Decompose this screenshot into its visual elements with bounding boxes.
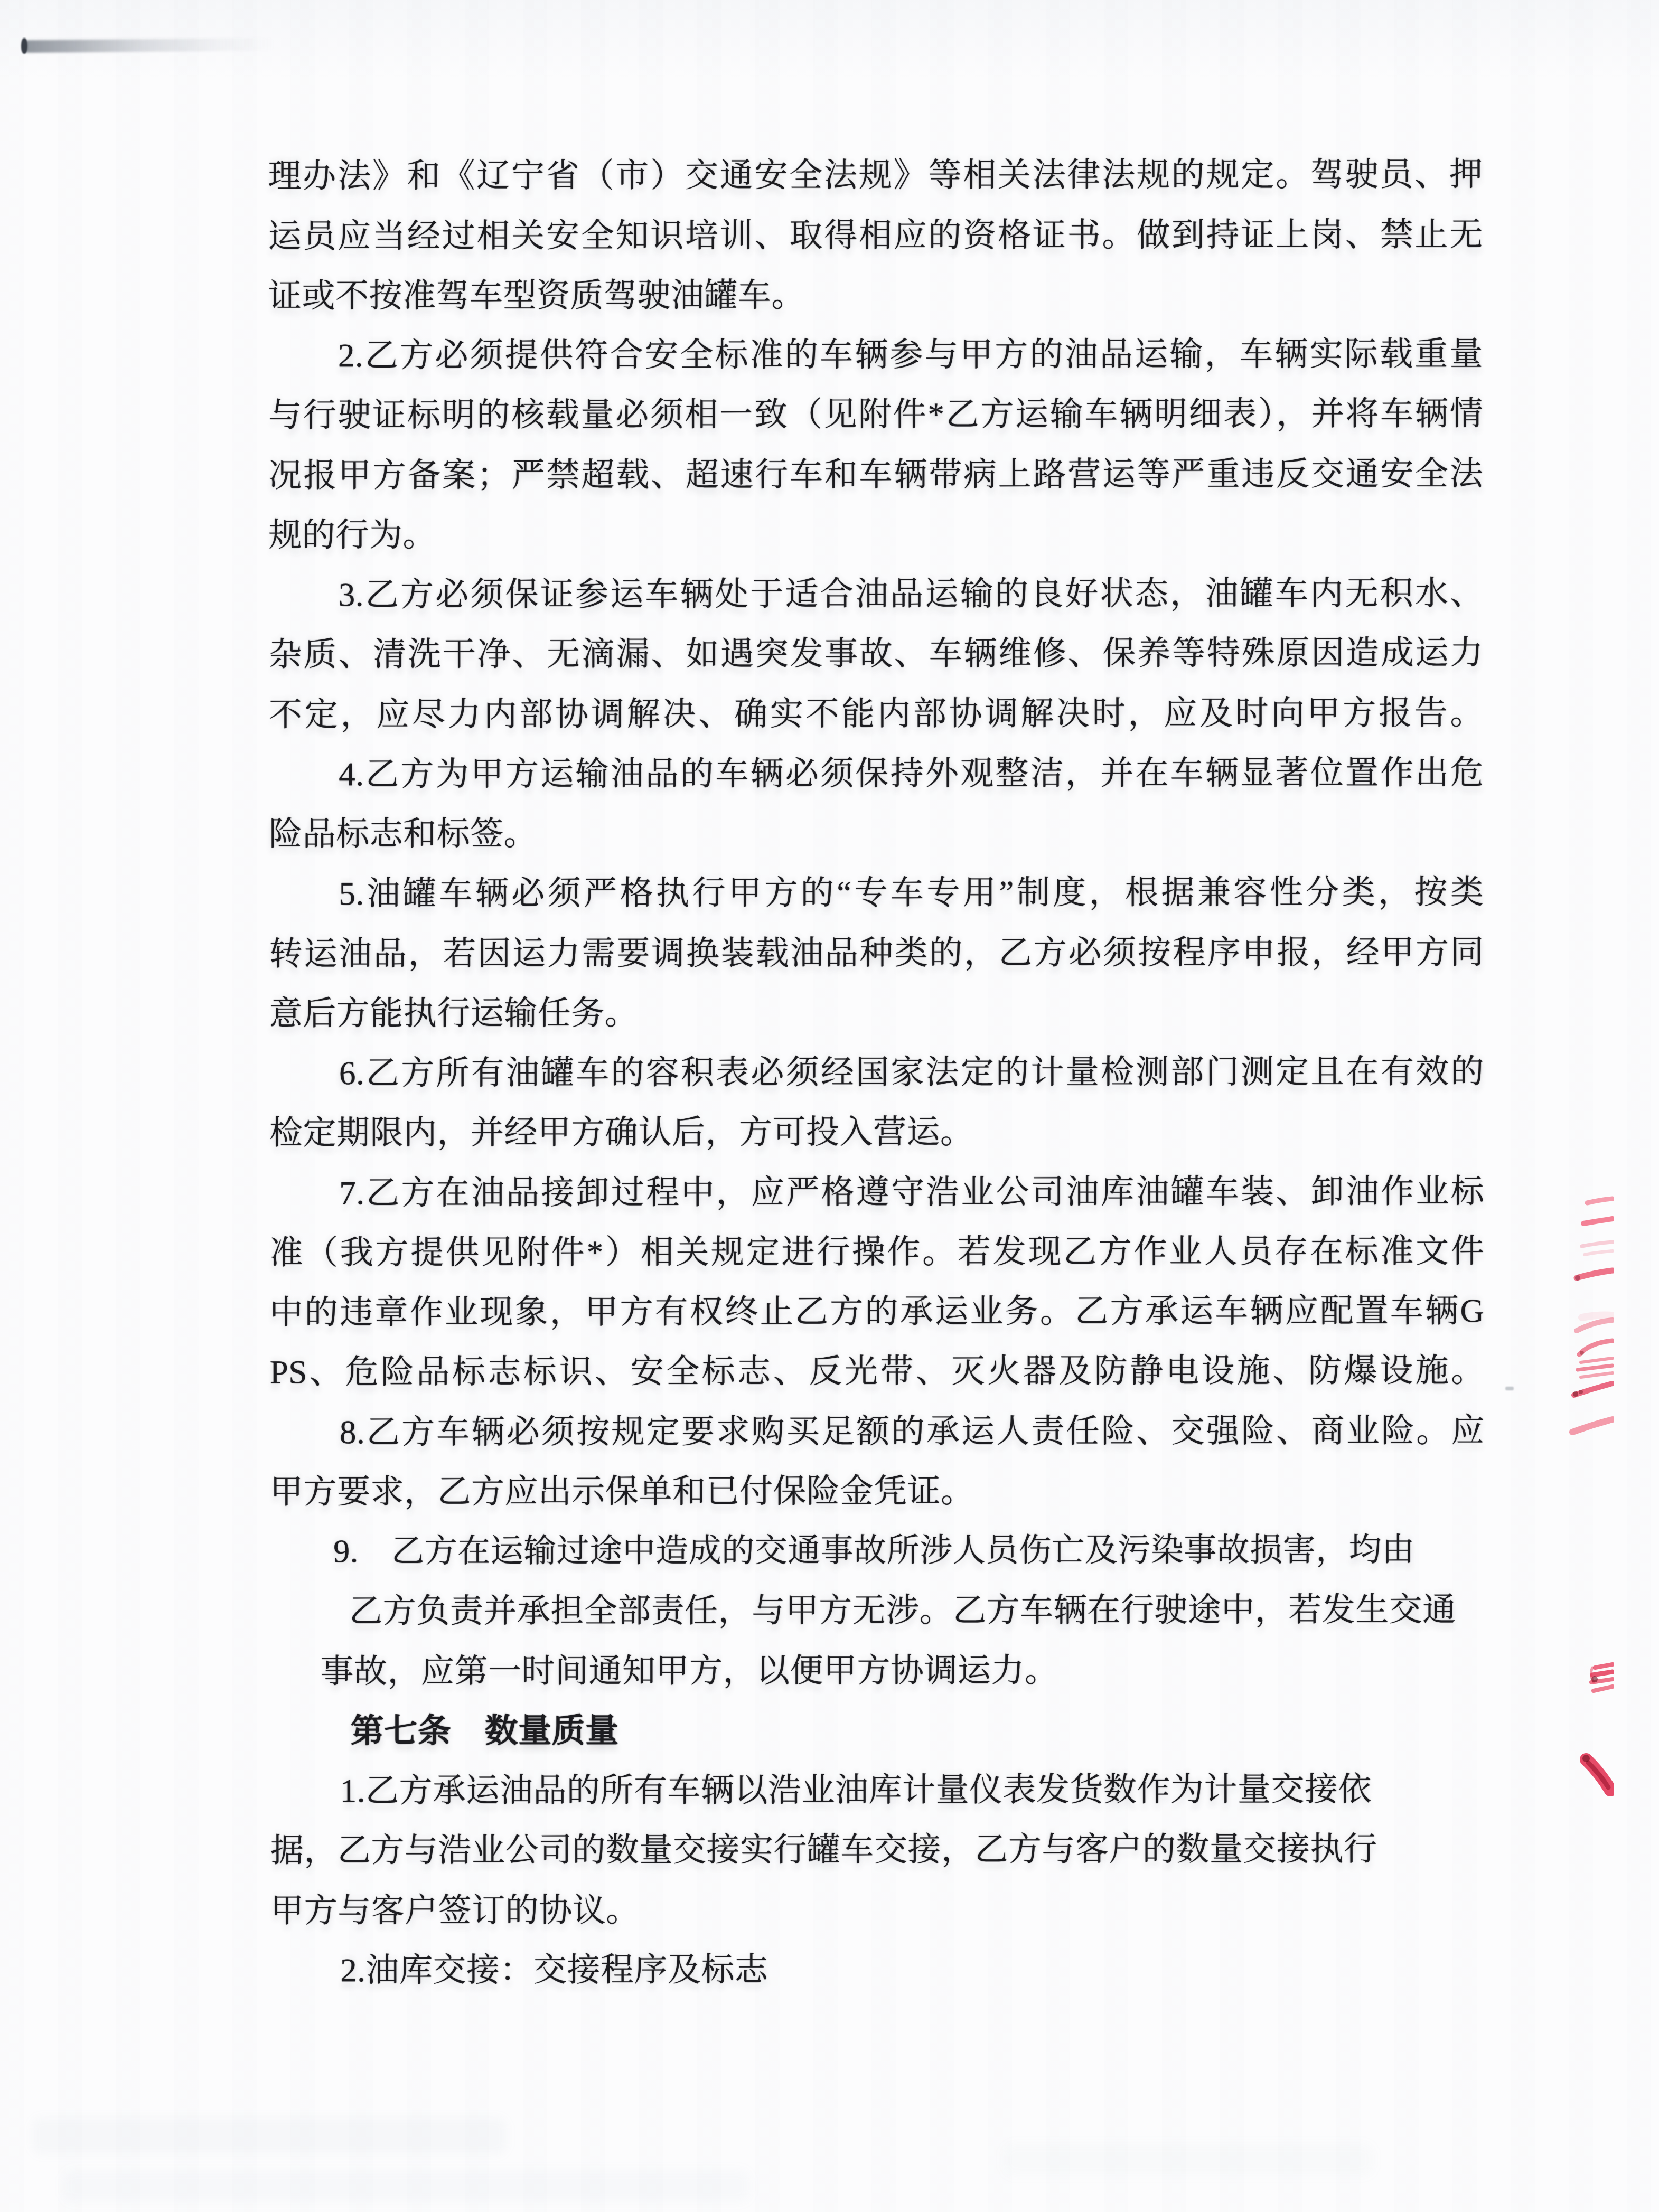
text-line: 1.乙方承运油品的所有车辆以浩业油库计量仪表发货数作为计量交接依 [270,1759,1485,1821]
text-line: 乙方负责并承担全部责任，与甲方无涉。乙方车辆在行驶途中，若发生交通 [270,1580,1485,1641]
text-line: 证或不按准驾车型资质驾驶油罐车。 [268,265,1483,326]
text-line: 6.乙方所有油罐车的容积表必须经国家法定的计量检测部门测定且在有效的 [269,1042,1484,1103]
text-line: 中的违章作业现象，甲方有权终止乙方的承运业务。乙方承运车辆应配置车辆G [269,1281,1484,1342]
text-line: 运员应当经过相关安全知识培训、取得相应的资格证书。做到持证上岗、禁止无 [268,205,1483,266]
red-pen-marks [1550,1151,1614,1890]
text-line: 规的行为。 [268,504,1483,565]
text-line: 3.乙方必须保证参运车辆处于适合油品运输的良好状态，油罐车内无积水、 [269,563,1484,625]
text-line: 8.乙方车辆必须按规定要求购买足额的承运人责任险、交强险、商业险。应 [270,1401,1485,1462]
text-line: 5.油罐车辆必须严格执行甲方的“专车专用”制度，根据兼容性分类，按类 [269,862,1484,924]
text-line: 不定，应尽力内部协调解决、确实不能内部协调解决时，应及时向甲方报告。 [269,683,1484,745]
text-line: 2.乙方必须提供符合安全标准的车辆参与甲方的油品运输，车辆实际载重量 [268,324,1483,385]
document-text: 理办法》和《辽宁省（市）交通安全法规》等相关法律法规的规定。驾驶员、押 运员应当… [0,0,1659,2212]
text-line: 意后方能执行运输任务。 [269,982,1484,1043]
text-line: 理办法》和《辽宁省（市）交通安全法规》等相关法律法规的规定。驾驶员、押 [268,145,1483,206]
text-line: 转运油品，若因运力需要调换装载油品种类的，乙方必须按程序申报，经甲方同 [269,923,1484,984]
text-line: PS、危险品标志标识、安全标志、反光带、灭火器及防静电设施、防爆设施。 [270,1341,1485,1402]
text-line: 甲方与客户签订的协议。 [270,1879,1485,1941]
text-line: 险品标志和标签。 [269,803,1484,864]
section-heading: 第七条 数量质量 [270,1700,1485,1761]
text-line: 4.乙方为甲方运输油品的车辆必须保持外观整洁，并在车辆显著位置作出危 [269,743,1484,804]
text-line: 准（我方提供见附件*）相关规定进行操作。若发现乙方作业人员存在标准文件 [269,1221,1484,1283]
text-line: 检定期限内，并经甲方确认后，方可投入营运。 [269,1102,1484,1163]
scanned-document-page: 理办法》和《辽宁省（市）交通安全法规》等相关法律法规的规定。驾驶员、押 运员应当… [0,0,1659,2212]
text-line: 据，乙方与浩业公司的数量交接实行罐车交接，乙方与客户的数量交接执行 [270,1819,1485,1880]
text-line: 况报甲方备案；严禁超载、超速行车和车辆带病上路营运等严重违反交通安全法 [268,444,1483,505]
text-line: 7.乙方在油品接卸过程中，应严格遵守浩业公司油库油罐车装、卸油作业标 [269,1162,1484,1223]
text-line: 杂质、清洗干净、无滴漏、如遇突发事故、车辆维修、保养等特殊原因造成运力 [269,623,1484,684]
text-line: 甲方要求，乙方应出示保单和已付保险金凭证。 [270,1461,1485,1522]
text-line: 9. 乙方在运输过途中造成的交通事故所涉人员伤亡及污染事故损害，均由 [270,1520,1485,1582]
text-line: 2.油库交接：交接程序及标志 [270,1939,1485,2000]
text-line: 事故，应第一时间通知甲方，以便甲方协调运力。 [270,1640,1485,1701]
text-line: 与行驶证标明的核载量必须相一致（见附件*乙方运输车辆明细表），并将车辆情 [268,384,1483,445]
